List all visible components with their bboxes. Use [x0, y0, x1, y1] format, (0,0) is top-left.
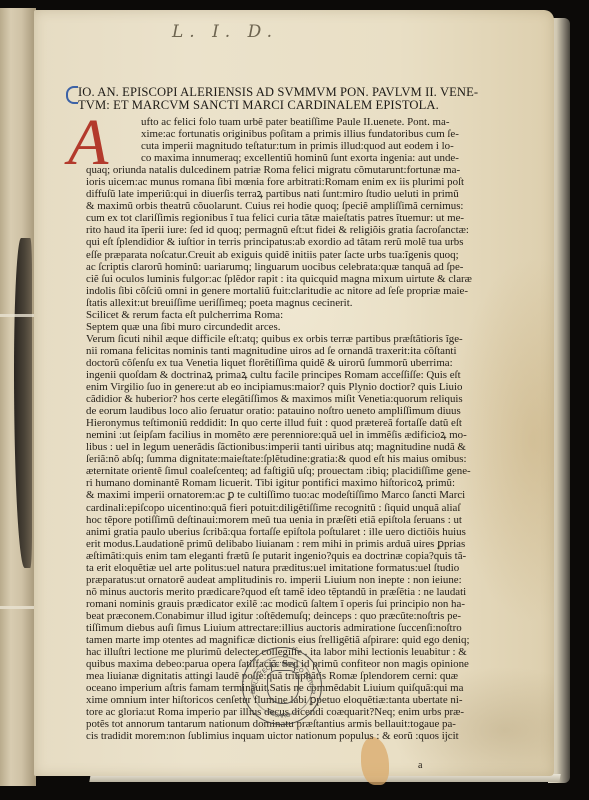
text-line: beat præconem.Conabimur illud igitur :oſ…: [86, 610, 538, 622]
text-line: cãdidior & huberior? hos certe elegãtiſſ…: [86, 393, 538, 405]
coat-of-arms-icon: [267, 670, 299, 704]
text-line: hoc tẽpore potiſſimũ deſtinaui:morem meũ…: [86, 514, 538, 526]
library-stamp: BIBLIOTECA E MUSEO OLIVERIANI PESARO: [242, 647, 322, 725]
text-line: diffuſũ late imperiũ:qui in diuerſis ter…: [86, 188, 538, 200]
binding-thread: [0, 314, 36, 317]
text-line: ufto ac felici folo tuam urbẽ pater beat…: [86, 116, 538, 128]
margin-annotation: L. I. D.: [172, 22, 278, 42]
text-line: cardinali:epiſcopo uicentino:quã fieri p…: [86, 502, 538, 514]
text-line: ac ſcriptis clarorũ hominũ: uariarumq; l…: [86, 261, 538, 273]
text-line: & maximũ orbis theatrũ cõuolarunt. Cuius…: [86, 200, 538, 212]
text-line: cum ex tot clariſſimis regionibus ĩ tua …: [86, 212, 538, 224]
text-line: ri humano dominantẽ Romam licuerit. Tibi…: [86, 477, 538, 489]
text-line: ioris uicem:ac munus romana ſibi mœnia f…: [86, 176, 538, 188]
text-line: rito haud ita ĩperii iure: ſed id quoq; …: [86, 224, 538, 236]
text-line: enim Virgilio ſuo in genere:ut ab eo inc…: [86, 381, 538, 393]
text-line: tamen marte imp otentes ad magnificæ dic…: [86, 634, 538, 646]
text-line: libus : uel in legum uenerãdis ſãctionib…: [86, 441, 538, 453]
text-line: cis tradidit morem:non ſublimius inquam …: [86, 730, 538, 742]
text-line: eſſe præparata noſcatur.Creuit ab exigui…: [86, 249, 538, 261]
scanned-book-page: L. I. D. IO. AN. EPISCOPI ALERIENSIS AD …: [0, 0, 589, 800]
text-line: erit modus.Laudationẽ primũ delibabo liu…: [86, 538, 538, 550]
text-line: ſeriã:nõ abſq; ſumma dignitate:maieſtate…: [86, 453, 538, 465]
text-line: ingenii quoſdam & doctrinaꝝ primaꝝ cultu…: [86, 369, 538, 381]
text-line: nii romana felicitas nominis tanti magni…: [86, 345, 538, 357]
text-line: co maxima innumeraq; excellentiũ hominũ …: [86, 152, 538, 164]
text-line: ta erit eloquẽtiæ uel arte politus:uel n…: [86, 562, 538, 574]
text-line: Hieronymus teſtimoniũ reddidit: In quo c…: [86, 417, 538, 429]
text-line: æternitate orientẽ ſimul coaleſcenteq; a…: [86, 465, 538, 477]
binding-thread: [0, 606, 36, 609]
text-line: quaq; oriunda natalis dulcedinem patriæ …: [86, 164, 538, 176]
text-line: Scilicet & rerum facta eſt pulcherrima R…: [86, 309, 538, 321]
text-line: præparatus:ut ornatorẽ audeat amplitudin…: [86, 574, 538, 586]
book-binding-spine: [0, 8, 36, 786]
foxing-stain: [361, 737, 389, 785]
text-line: cuta imperii magnitudo teſtatur:tum in p…: [86, 140, 538, 152]
text-line: nemini :ut ſeipſam facilius in momẽto ær…: [86, 429, 538, 441]
binding-tear: [14, 238, 32, 568]
text-line: nõ minus auctoris merito prædicare?quod …: [86, 586, 538, 598]
text-line: de eorum laudibus loco alio ſeruatur ora…: [86, 405, 538, 417]
text-line: animi gratia paulo uberius ſcribã:qua fo…: [86, 526, 538, 538]
text-line: tiſſimum diebus auſi ſimus Liuium attrec…: [86, 622, 538, 634]
text-line: & maximi imperii ornatorem:ac ꝑ te culti…: [86, 489, 538, 501]
text-line: qui eſt ſplendidior & iuſtior in terris …: [86, 236, 538, 248]
text-line: doctorũ cõſenſu ex tua Venetia liquet fl…: [86, 357, 538, 369]
text-line: ſtatis allexit:ut breuiſſime ueriſſimeq;…: [86, 297, 538, 309]
paragraph-mark-icon: [66, 86, 78, 104]
text-line: Septem quæ una ſibi muro circundedit arc…: [86, 321, 538, 333]
signature-mark: a: [418, 760, 422, 771]
svg-text:PESARO: PESARO: [266, 709, 292, 720]
text-line: ciẽ ſui oculos luminis fulgor:ac ſplẽdor…: [86, 273, 538, 285]
page-heading: IO. AN. EPISCOPI ALERIENSIS AD SVMMVM PO…: [78, 86, 538, 112]
text-line: romani nominis grauis prædicator exilẽ :…: [86, 598, 538, 610]
heading-line: TVM: ET MARCVM SANCTI MARCI CARDINALEM E…: [78, 99, 538, 112]
text-line: xime:ac fortunatis originibus poſitam a …: [86, 128, 538, 140]
text-line: æſtimãti:quis enim tam eleganti frætũ ſe…: [86, 550, 538, 562]
text-line: indolis ſibi cõſciũ omni in genere morta…: [86, 285, 538, 297]
text-line: Verum ſicuti nihil æque difficile eſt:at…: [86, 333, 538, 345]
